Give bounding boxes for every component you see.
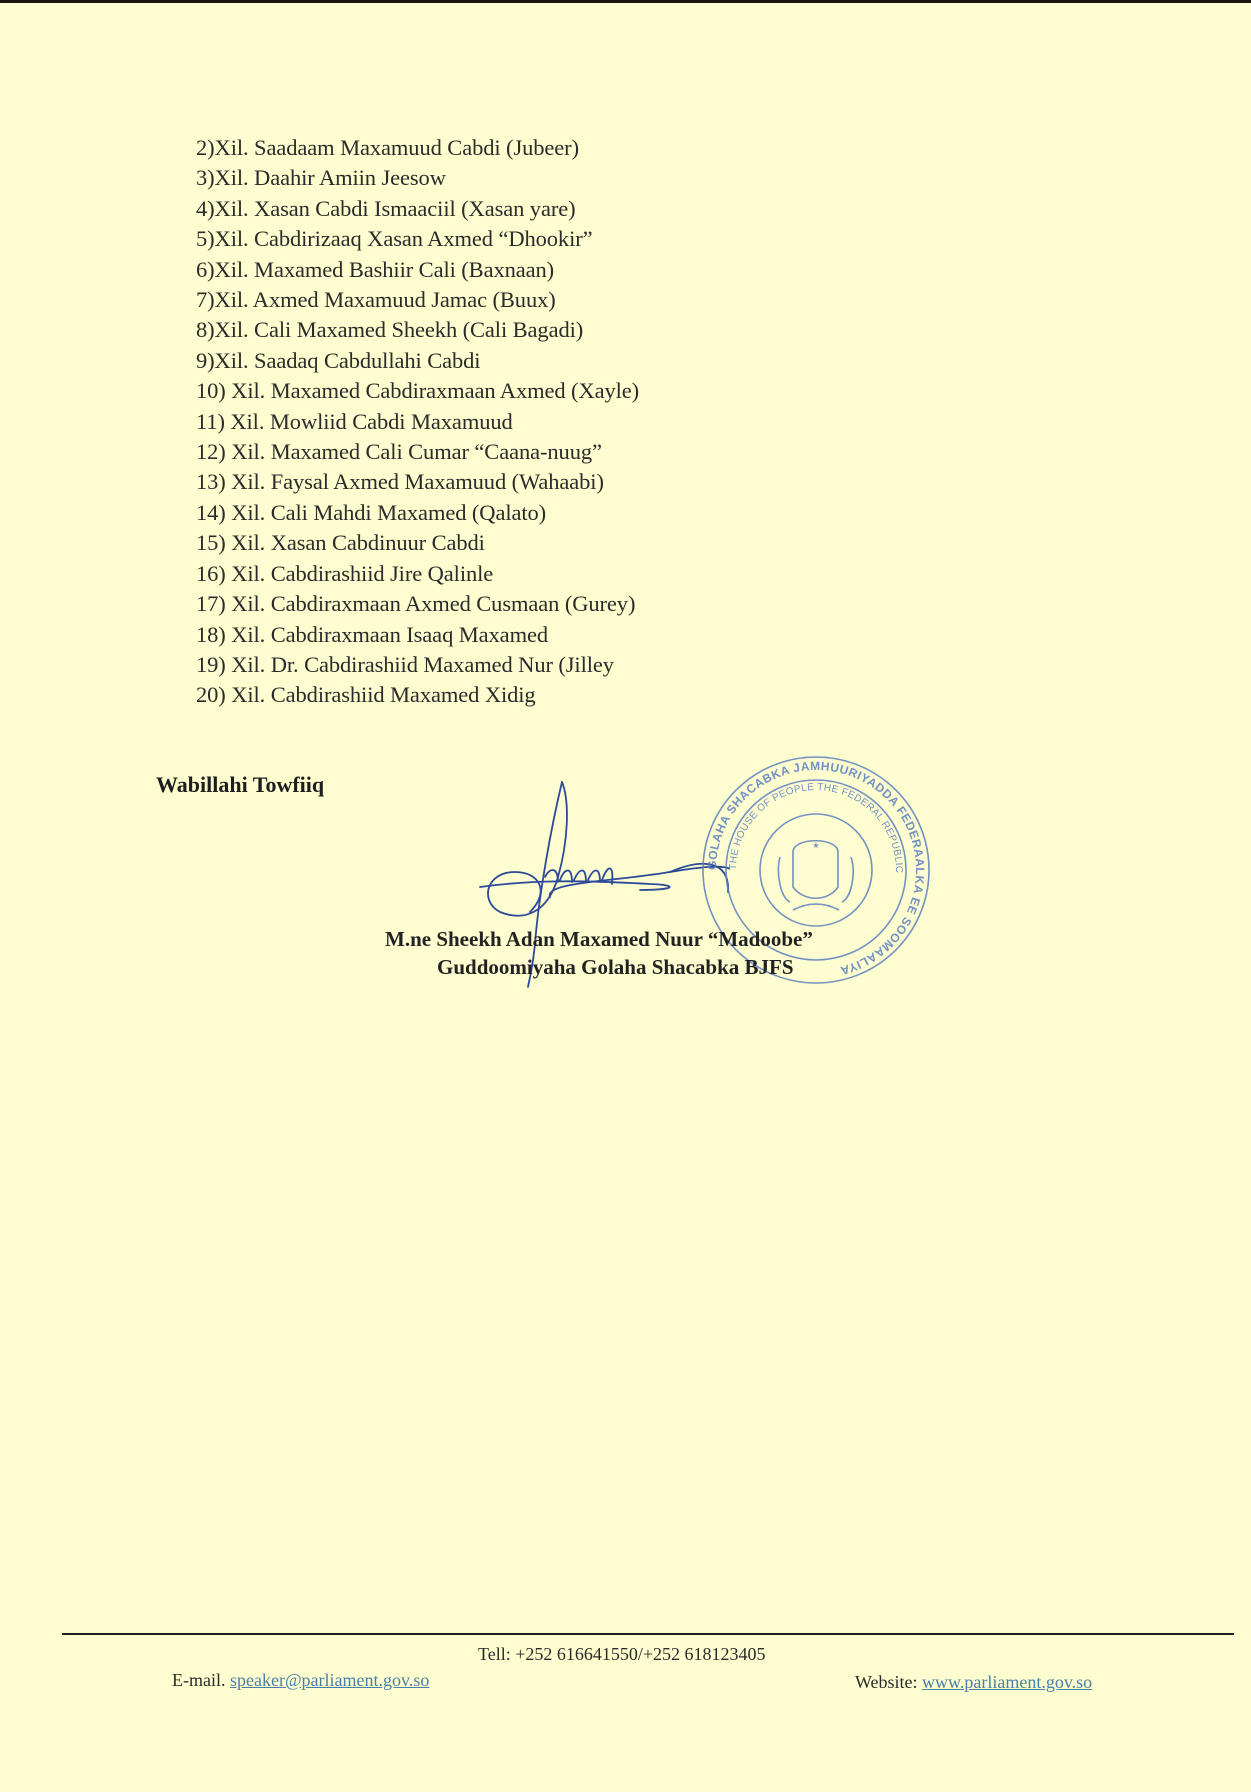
member-list-item: 17) Xil. Cabdiraxmaan Axmed Cusmaan (Gur… — [196, 589, 639, 619]
member-list-item: 12) Xil. Maxamed Cali Cumar “Caana-nuug” — [196, 437, 639, 467]
member-list-item: 14) Xil. Cali Mahdi Maxamed (Qalato) — [196, 498, 639, 528]
member-list-item: 20) Xil. Cabdirashiid Maxamed Xidig — [196, 680, 639, 710]
footer-website: Website: www.parliament.gov.so — [855, 1672, 1092, 1693]
tel-value: +252 616641550/+252 618123405 — [515, 1644, 765, 1664]
member-list-item: 3)Xil. Daahir Amiin Jeesow — [196, 163, 639, 193]
members-list: 2)Xil. Saadaam Maxamuud Cabdi (Jubeer)3)… — [196, 133, 639, 711]
member-list-item: 16) Xil. Cabdirashiid Jire Qalinle — [196, 559, 639, 589]
closing-salutation: Wabillahi Towfiiq — [156, 772, 324, 798]
footer-divider — [62, 1633, 1234, 1635]
member-list-item: 6)Xil. Maxamed Bashiir Cali (Baxnaan) — [196, 255, 639, 285]
member-list-item: 9)Xil. Saadaq Cabdullahi Cabdi — [196, 346, 639, 376]
footer-telephone: Tell: +252 616641550/+252 618123405 — [478, 1644, 766, 1665]
tel-label: Tell: — [478, 1644, 511, 1664]
member-list-item: 10) Xil. Maxamed Cabdiraxmaan Axmed (Xay… — [196, 376, 639, 406]
member-list-item: 7)Xil. Axmed Maxamuud Jamac (Buux) — [196, 285, 639, 315]
member-list-item: 2)Xil. Saadaam Maxamuud Cabdi (Jubeer) — [196, 133, 639, 163]
email-label: E-mail. — [172, 1670, 225, 1690]
member-list-item: 15) Xil. Xasan Cabdinuur Cabdi — [196, 528, 639, 558]
website-label: Website: — [855, 1672, 918, 1692]
signatory-title: Guddoomiyaha Golaha Shacabka BJFS — [385, 953, 813, 981]
member-list-item: 8)Xil. Cali Maxamed Sheekh (Cali Bagadi) — [196, 315, 639, 345]
signatory-block: M.ne Sheekh Adan Maxamed Nuur “Madoobe” … — [385, 925, 813, 981]
member-list-item: 13) Xil. Faysal Axmed Maxamuud (Wahaabi) — [196, 467, 639, 497]
member-list-item: 18) Xil. Cabdiraxmaan Isaaq Maxamed — [196, 620, 639, 650]
website-link[interactable]: www.parliament.gov.so — [922, 1672, 1092, 1692]
page-top-edge — [0, 0, 1251, 3]
signatory-name: M.ne Sheekh Adan Maxamed Nuur “Madoobe” — [385, 925, 813, 953]
member-list-item: 5)Xil. Cabdirizaaq Xasan Axmed “Dhookir” — [196, 224, 639, 254]
footer-email: E-mail. speaker@parliament.gov.so — [172, 1670, 429, 1691]
email-link[interactable]: speaker@parliament.gov.so — [230, 1670, 429, 1690]
member-list-item: 11) Xil. Mowliid Cabdi Maxamuud — [196, 407, 639, 437]
member-list-item: 19) Xil. Dr. Cabdirashiid Maxamed Nur (J… — [196, 650, 639, 680]
member-list-item: 4)Xil. Xasan Cabdi Ismaaciil (Xasan yare… — [196, 194, 639, 224]
svg-text:★: ★ — [812, 841, 819, 850]
